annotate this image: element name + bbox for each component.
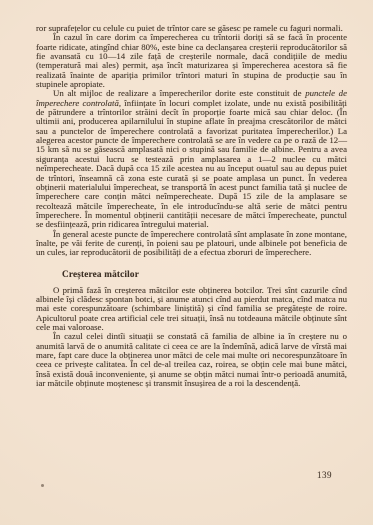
paragraph-point-locations: În general aceste puncte de împerechere … (36, 230, 347, 258)
scan-speck (41, 484, 44, 487)
paragraph-mating-points: Un alt mijloc de realizare a împerecheri… (36, 89, 347, 229)
section-heading-queen-rearing: Creșterea mătcilor (62, 269, 347, 279)
paragraph-drone-timing: În cazul în care dorim ca împerecherea c… (36, 33, 347, 89)
paragraph-mating-points-rest: , înființate în locuri complet izolate, … (36, 98, 347, 229)
book-page: ror suprafețelor cu celule cu puiet de t… (0, 0, 373, 525)
page-number: 139 (317, 470, 332, 480)
paragraph-queen-rearing-intro: O primă fază în creșterea mătcilor este … (36, 286, 347, 333)
page-text-block: ror suprafețelor cu celule cu puiet de t… (36, 24, 347, 388)
paragraph-case-analysis: În cazul celei dintîi situații se consta… (36, 332, 347, 388)
